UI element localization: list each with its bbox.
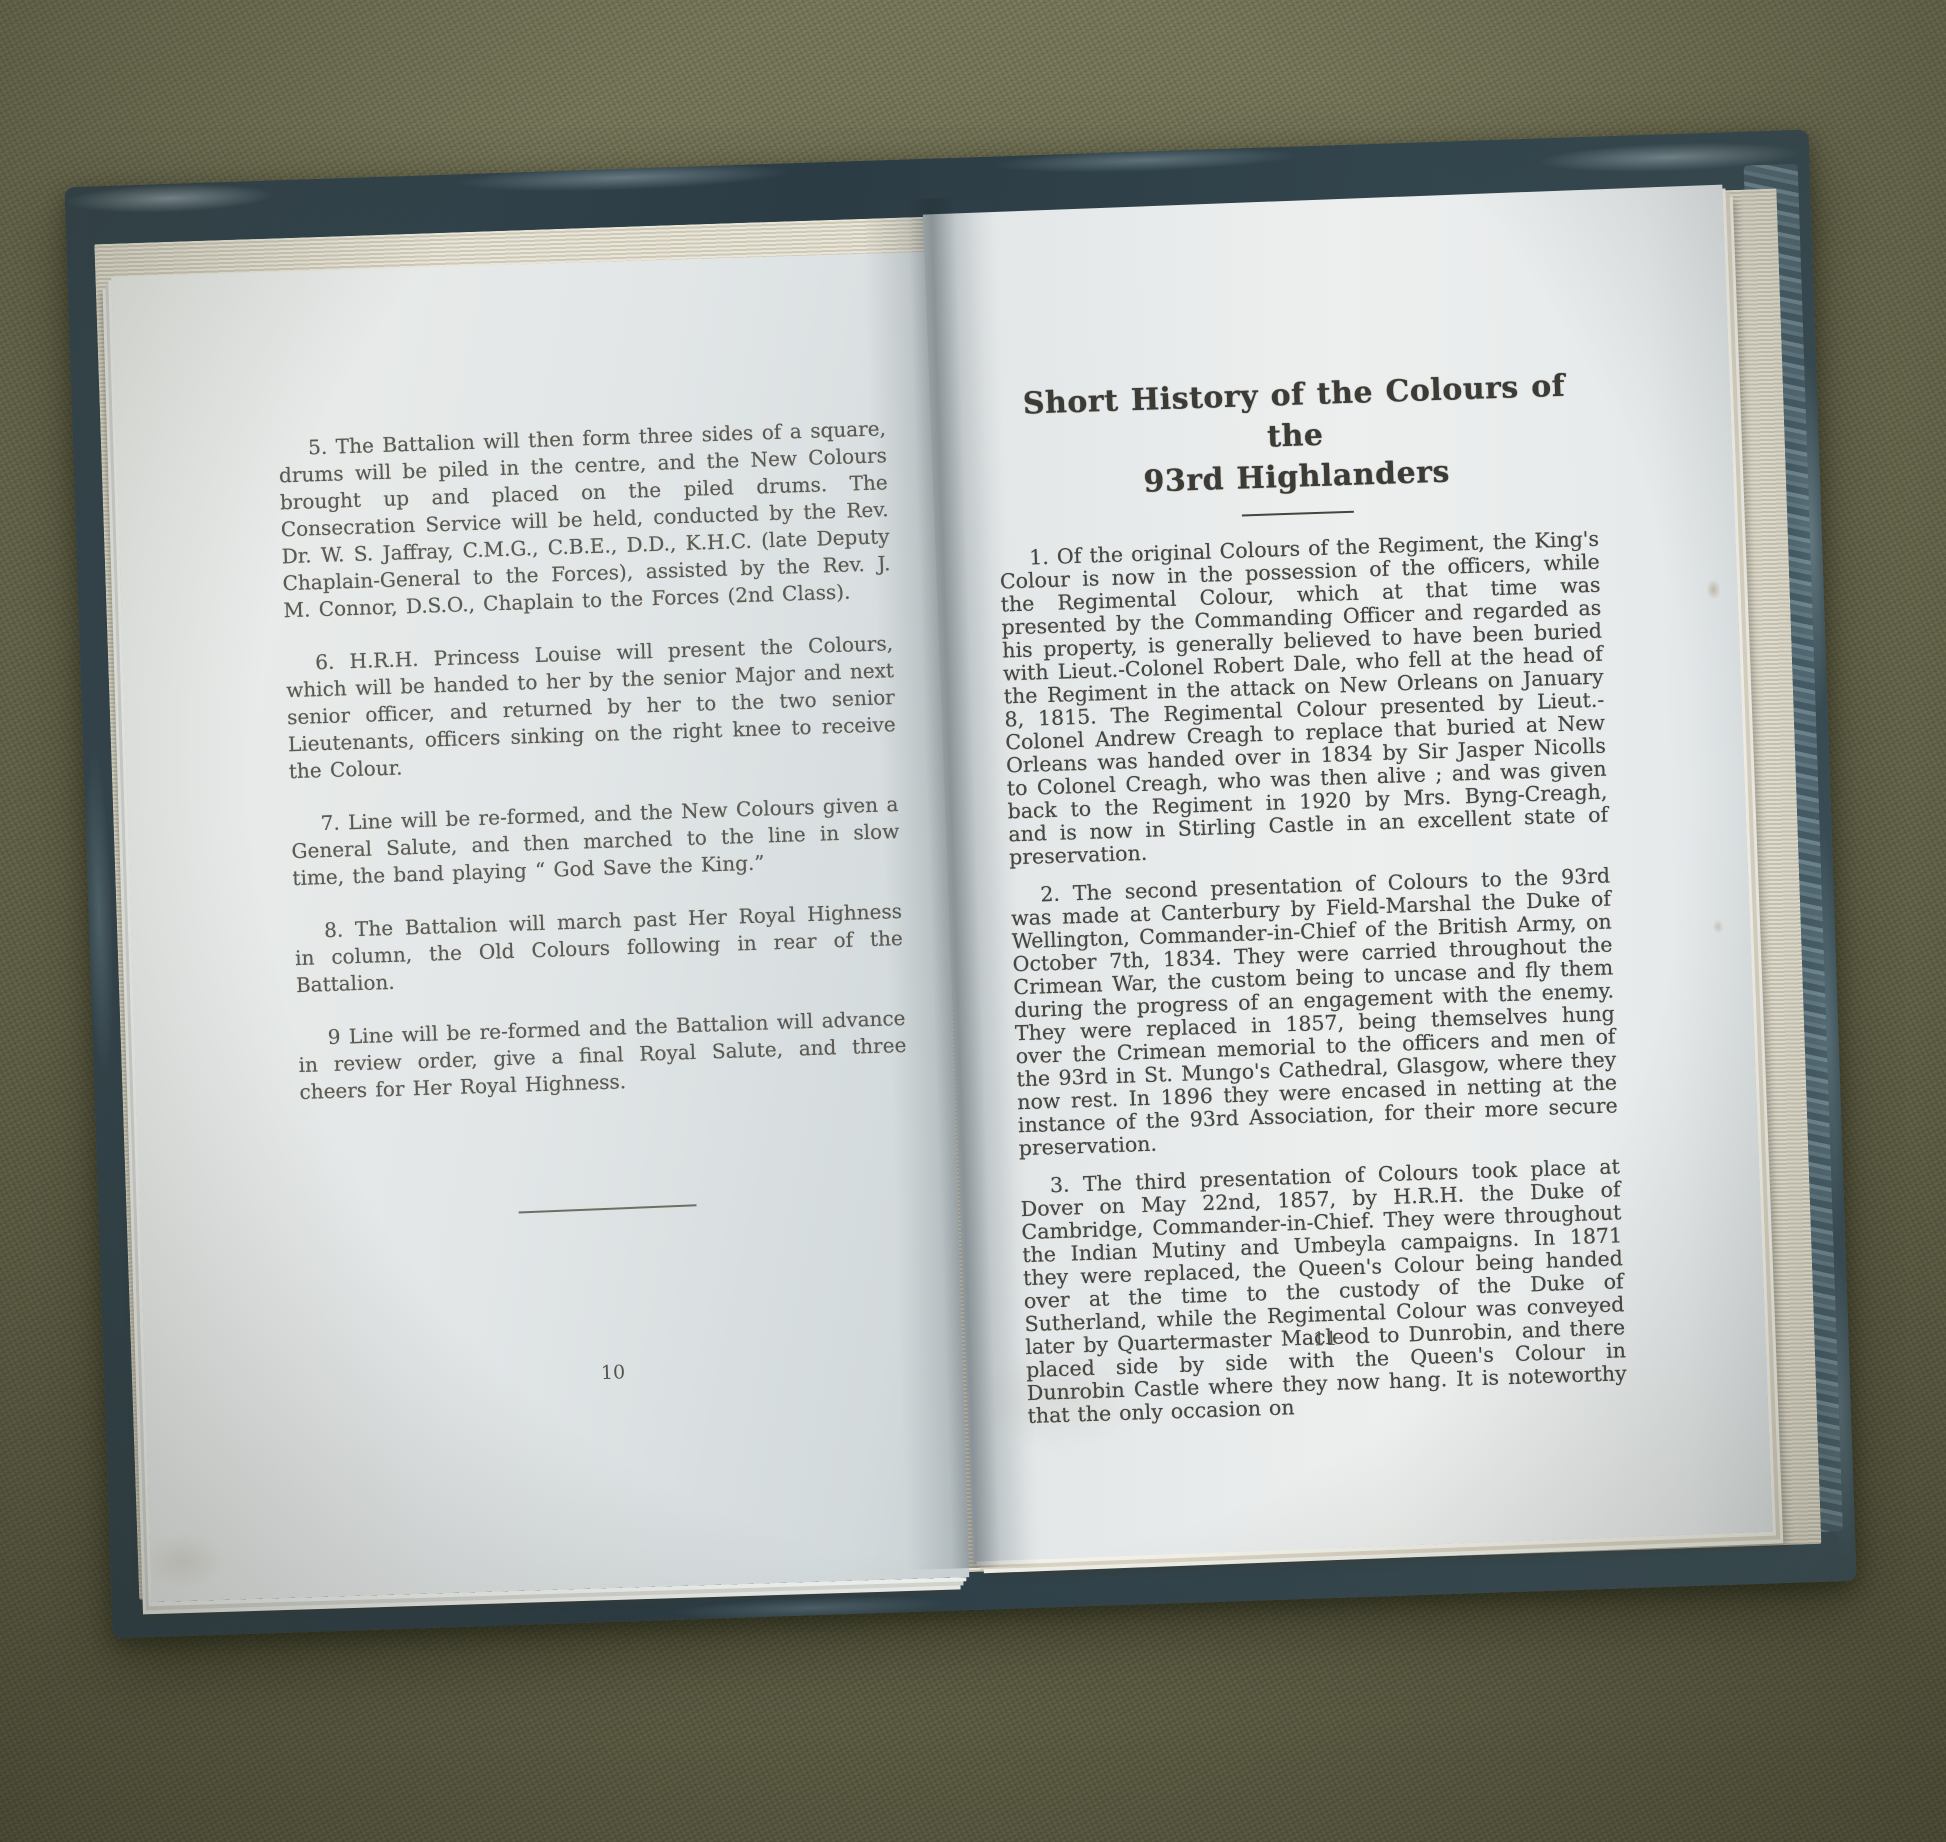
left-page-text: 5. The Battalion will then form three si… <box>278 415 912 1220</box>
paragraph-5: 5. The Battalion will then form three si… <box>278 415 892 624</box>
open-book: 5. The Battalion will then form three si… <box>64 129 1856 1638</box>
paragraph-2: 2. The second presentation of Colours to… <box>1010 864 1619 1160</box>
photo-background: 5. The Battalion will then form three si… <box>0 0 1946 1842</box>
paragraph-8: 8. The Battalion will march past Her Roy… <box>294 898 904 999</box>
chapter-heading: Short History of the Colours of the 93rd… <box>993 365 1597 508</box>
heading-divider <box>1242 511 1354 517</box>
paragraph-9: 9 Line will be re-formed and the Battali… <box>297 1005 907 1106</box>
paragraph-3: 3. The third presentation of Colours too… <box>1020 1155 1628 1428</box>
paragraph-7: 7. Line will be re-formed, and the New C… <box>290 791 900 892</box>
right-page-text: Short History of the Colours of the 93rd… <box>993 365 1627 1428</box>
paragraph-6: 6. H.R.H. Princess Louise will present t… <box>285 630 897 785</box>
paragraph-1: 1. Of the original Colours of the Regime… <box>999 528 1609 870</box>
